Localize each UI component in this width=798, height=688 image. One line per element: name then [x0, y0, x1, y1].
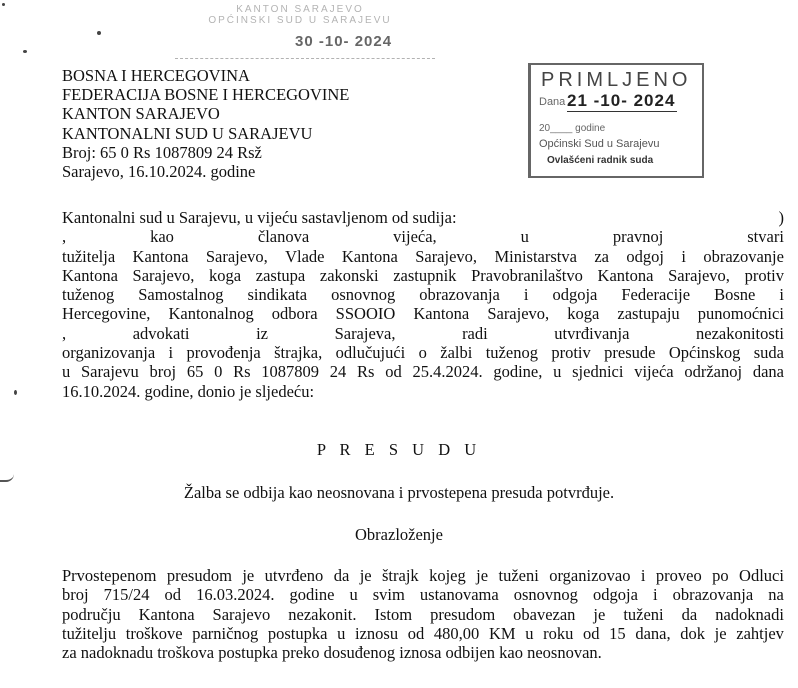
word: nezakonitosti	[696, 324, 784, 343]
scan-mark	[14, 390, 17, 395]
word: broj	[62, 585, 89, 604]
text-line: KantonaSarajevo,kogazastupazakonskizastu…	[62, 266, 784, 285]
word: vijeća	[634, 362, 673, 381]
word: Federacije	[621, 285, 690, 304]
word: iz	[256, 324, 268, 343]
word: 16.03.2024.	[196, 585, 274, 604]
header-federation: FEDERACIJA BOSNE I HERCEGOVINE	[62, 85, 349, 104]
word: iznosu	[355, 624, 398, 643]
word: utvrđivanja	[554, 324, 629, 343]
word: osnovnog	[331, 285, 395, 304]
text-line: za nadoknadu troškova postupka preko dos…	[62, 643, 784, 662]
word: Sarajevo,	[133, 266, 195, 285]
word: advokati	[133, 324, 190, 343]
stamp-title: PRIMLJENO	[541, 69, 691, 92]
word: na	[768, 585, 784, 604]
word: Rs	[357, 362, 374, 381]
received-stamp-box: PRIMLJENO Dana 21 -10- 2024 20____ godin…	[528, 63, 704, 178]
word: Kantona	[133, 247, 189, 266]
word: Kantona	[598, 266, 654, 285]
word: KM	[489, 624, 516, 643]
word: kojeg	[429, 566, 466, 585]
word: Hercegovine,	[62, 304, 150, 323]
word: tuženi	[499, 566, 539, 585]
word: dok	[680, 624, 705, 643]
word: zastupaju	[617, 304, 679, 323]
word: Sarajevu	[81, 362, 139, 381]
word: provođenja	[187, 343, 261, 362]
word: protiv	[551, 343, 590, 362]
word: u	[553, 362, 561, 381]
word: tužitelja	[62, 247, 115, 266]
word: u	[349, 585, 357, 604]
word: u	[337, 624, 345, 643]
word: Bosne	[714, 285, 755, 304]
text-segment: za nadoknadu troškova postupka preko dos…	[62, 643, 602, 662]
word: sindikata	[247, 285, 307, 304]
word: 15	[609, 624, 626, 643]
reasoning-paragraph: Prvostepenompresudomjeutvrđenodaještrajk…	[62, 566, 784, 662]
word: da	[682, 605, 698, 624]
word: Sarajevo	[213, 605, 271, 624]
word: od	[583, 624, 600, 643]
word: 65	[187, 362, 204, 381]
word: od	[165, 585, 182, 604]
stamp-date-label: Dana	[539, 96, 565, 108]
stamp-authorized: Ovlašćeni radnik suda	[547, 155, 653, 166]
word: osnovnog	[514, 585, 578, 604]
word: 25.4.2024.	[412, 362, 482, 381]
word: organizovao	[549, 566, 630, 585]
text-line: uSarajevubroj650Rs108780924Rsod25.4.2024…	[62, 362, 784, 381]
word: 24	[330, 362, 347, 381]
text-segment: )	[779, 208, 785, 227]
word: proveo	[656, 566, 702, 585]
reasoning-heading: Obrazloženje	[0, 525, 798, 545]
word: parničnog	[192, 624, 258, 643]
intro-paragraph: Kantonalni sud u Sarajevu, u vijeću sast…	[62, 208, 784, 401]
word: ustanovama	[420, 585, 499, 604]
word: 0	[214, 362, 222, 381]
word: obrazovanja	[419, 285, 500, 304]
word: Prvostepenom	[62, 566, 156, 585]
word: kao	[150, 227, 174, 246]
word: postupka	[268, 624, 328, 643]
word: i	[681, 247, 686, 266]
text-segment: Kantonalni sud u Sarajevu, u vijeću sast…	[62, 208, 457, 227]
word: obavezan	[513, 605, 575, 624]
word: godine	[290, 585, 335, 604]
word: od	[385, 362, 402, 381]
word: nadoknadi	[715, 605, 784, 624]
word: obrazovanje	[703, 247, 784, 266]
word: tužitelju	[62, 624, 116, 643]
word: suda	[754, 343, 784, 362]
word: 1087809	[261, 362, 319, 381]
word: zahtjev	[736, 624, 784, 643]
word: Pravobranilaštvo	[471, 266, 583, 285]
word: odgoja	[593, 585, 638, 604]
word: Odluci	[739, 566, 784, 585]
scan-mark	[23, 50, 27, 53]
word: održanoj	[684, 362, 742, 381]
word: odgoj	[626, 247, 664, 266]
word: Kantona	[62, 266, 118, 285]
word: Istom	[375, 605, 413, 624]
word: je	[715, 624, 727, 643]
word: za	[594, 247, 609, 266]
word: je	[476, 566, 488, 585]
word: području	[62, 605, 121, 624]
text-line: Hercegovine,KantonalnogodboraSSOOIOKanto…	[62, 304, 784, 323]
word: Općinskog	[669, 343, 741, 362]
word: Sarajevo,	[668, 266, 730, 285]
word: SSOOIO	[336, 304, 396, 323]
word: i	[641, 566, 646, 585]
word: sjednici	[572, 362, 623, 381]
word: odbora	[272, 304, 318, 323]
word: i	[524, 285, 529, 304]
word: Sarajevo,	[487, 304, 549, 323]
word: tuženi	[623, 605, 663, 624]
text-segment: 16.10.2024. godine, donio je sljedeću:	[62, 382, 314, 401]
word: pravnoj	[613, 227, 663, 246]
header-canton: KANTON SARAJEVO	[62, 104, 349, 123]
word: punomoćnici	[698, 304, 784, 323]
word: presude	[604, 343, 655, 362]
stamp-court: Općinski Sud u Sarajevu	[539, 138, 659, 150]
word: žalbi	[440, 343, 472, 362]
word: obrazovanja	[673, 585, 754, 604]
text-line: organizovanjaiprovođenjaštrajka,odlučuju…	[62, 343, 784, 362]
word: Samostalnog	[138, 285, 223, 304]
word: po	[712, 566, 729, 585]
word: troškove	[126, 624, 183, 643]
scan-mark	[97, 31, 101, 35]
word: od	[408, 624, 425, 643]
text-line: broj715/24od16.03.2024.godineusvimustano…	[62, 585, 784, 604]
word: koga	[209, 266, 241, 285]
word: protiv	[745, 266, 784, 285]
stamp-date: 30 -10- 2024	[295, 36, 392, 47]
scan-mark	[0, 474, 14, 482]
received-stamp-top: KANTON SARAJEVO OPĆINSKI SUD U SARAJEVU …	[165, 0, 435, 66]
text-line: ,advokatiizSarajeva,radiutvrđivanjanezak…	[62, 324, 784, 343]
word: o	[419, 343, 427, 362]
word: članova	[258, 227, 309, 246]
word: zakonski	[320, 266, 379, 285]
word: godine,	[493, 362, 542, 381]
word: utvrđeno	[265, 566, 324, 585]
word: Rs	[233, 362, 250, 381]
case-number: Broj: 65 0 Rs 1087809 24 Rsž	[62, 143, 349, 162]
word: da	[334, 566, 350, 585]
word: i	[653, 585, 658, 604]
text-line: Kantonalni sud u Sarajevu, u vijeću sast…	[62, 208, 784, 227]
text-line: 16.10.2024. godine, donio je sljedeću:	[62, 382, 784, 401]
text-line: tužiteljaKantonaSarajevo,VladeKantonaSar…	[62, 247, 784, 266]
word: ,	[62, 324, 66, 343]
word: presudom	[167, 566, 232, 585]
word: vijeća,	[393, 227, 437, 246]
word: Kantonalnog	[168, 304, 253, 323]
word: je	[360, 566, 372, 585]
word: Sarajevo,	[415, 247, 477, 266]
word: odlučujući	[336, 343, 406, 362]
word: je	[242, 566, 254, 585]
text-line: tuženogSamostalnogsindikataosnovnogobraz…	[62, 285, 784, 304]
document-header: BOSNA I HERCEGOVINA FEDERACIJA BOSNE I H…	[62, 66, 349, 181]
header-country: BOSNA I HERCEGOVINA	[62, 66, 349, 85]
text-line: Prvostepenompresudomjeutvrđenodaještrajk…	[62, 566, 784, 585]
word: dana	[753, 362, 784, 381]
word: Sarajeva,	[335, 324, 396, 343]
word: štrajk	[382, 566, 419, 585]
text-line: tužiteljutroškoveparničnogpostupkauiznos…	[62, 624, 784, 643]
word: 715/24	[104, 585, 150, 604]
word: radi	[462, 324, 488, 343]
word: stvari	[747, 227, 784, 246]
word: zastupnik	[393, 266, 456, 285]
word: broj	[149, 362, 176, 381]
word: i	[779, 285, 784, 304]
word: Sarajevo,	[206, 247, 268, 266]
verdict-text: Žalba se odbija kao neosnovana i prvoste…	[0, 483, 798, 503]
word: dana,	[635, 624, 670, 643]
word: i	[169, 343, 174, 362]
word: organizovanja	[62, 343, 155, 362]
word: zastupa	[256, 266, 305, 285]
stamp-year-line: 20____ godine	[539, 123, 605, 134]
word: nezakonit.	[288, 605, 356, 624]
word: koga	[567, 304, 599, 323]
word: tuženog	[62, 285, 114, 304]
word: u	[62, 362, 70, 381]
word: Kantona	[342, 247, 398, 266]
word: roku	[543, 624, 573, 643]
scan-mark	[2, 3, 5, 6]
stamp-line-canton: KANTON SARAJEVO	[165, 4, 435, 15]
word: presudom	[430, 605, 495, 624]
stamp-rule	[175, 58, 435, 59]
verdict-heading: P R E S U D U	[0, 440, 798, 460]
header-court: KANTONALNI SUD U SARAJEVU	[62, 124, 349, 143]
stamp-date: 21 -10- 2024	[567, 91, 677, 112]
text-line: područjuKantonaSarajevonezakonit.Istompr…	[62, 605, 784, 624]
word: je	[593, 605, 605, 624]
place-date: Sarajevo, 16.10.2024. godine	[62, 162, 349, 181]
word: Ministarstva	[494, 247, 577, 266]
word: ,	[62, 227, 66, 246]
word: Kantona	[139, 605, 195, 624]
word: tuženog	[486, 343, 538, 362]
word: u	[521, 227, 529, 246]
word: štrajka,	[274, 343, 322, 362]
word: 480,00	[434, 624, 479, 643]
word: u	[525, 624, 533, 643]
word: Vlade	[285, 247, 324, 266]
word: svim	[373, 585, 405, 604]
stamp-line-court: OPĆINSKI SUD U SARAJEVU	[165, 15, 435, 26]
word: Kantona	[413, 304, 469, 323]
text-line: ,kaočlanovavijeća,upravnojstvari	[62, 227, 784, 246]
word: odgoja	[552, 285, 597, 304]
